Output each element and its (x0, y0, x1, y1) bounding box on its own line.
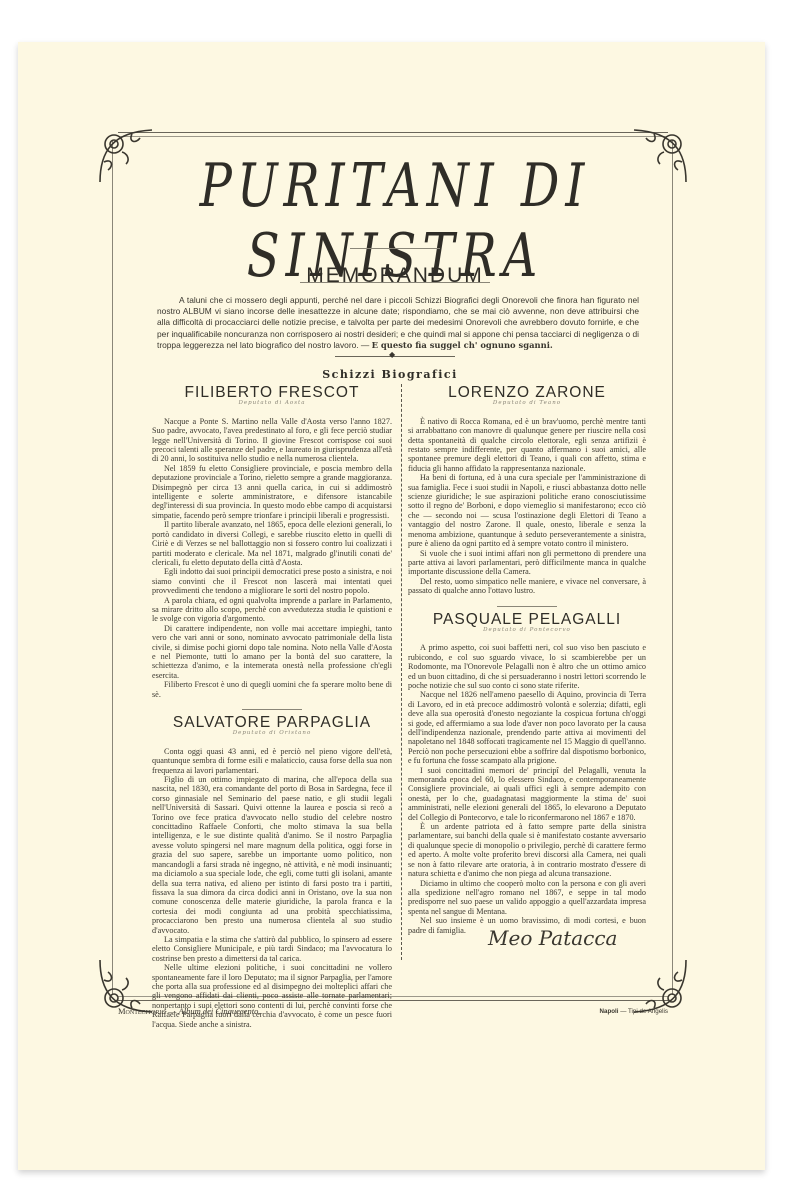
frame-border-top-inner (118, 136, 668, 137)
biography-paragraph: Nel 1859 fu eletto Consigliere provincia… (152, 464, 392, 520)
section-title: Schizzi Biografici (270, 368, 510, 381)
memorandum-text: A taluni che ci mossero degli appunti, p… (157, 295, 639, 351)
biography-paragraph: Si vuole che i suoi intimi affari non gl… (408, 549, 646, 577)
biography-paragraph: Figlio di un ottimo impiegato di marina,… (152, 775, 392, 935)
biography-paragraph: Nacque nel 1826 nell'ameno paesello di A… (408, 690, 646, 765)
frame-border-left (112, 140, 113, 995)
biography-paragraph: Nacque a Ponte S. Martino nella Valle d'… (152, 417, 392, 464)
floral-corner-icon (624, 122, 694, 192)
author-signature: Meo Patacca (488, 926, 617, 950)
biography-name: PASQUALE PELAGALLI (408, 615, 646, 624)
biography-paragraph: La simpatia e la stima che s'attirò dal … (152, 935, 392, 963)
footer-place: Montecitorio (118, 1006, 166, 1016)
biography-paragraph: Ha beni di fortuna, ed à una cura specia… (408, 473, 646, 548)
floral-corner-icon (92, 122, 162, 192)
biography-name: LORENZO ZARONE (408, 388, 646, 397)
ornamental-divider-icon (335, 356, 455, 357)
biography-constituency: Deputato di Teano (408, 399, 646, 408)
footer-printer-city: Napoli (600, 1008, 619, 1015)
footer-printer: Napoli — Tipi de Angelis (600, 1008, 668, 1015)
biography-paragraph: I suoi concittadini memori de' principî … (408, 766, 646, 822)
biography-paragraph: È un ardente patriota ed à fatto sempre … (408, 822, 646, 878)
biography-frescot: FILIBERTO FRESCOT Deputato di Aosta Nacq… (152, 388, 392, 699)
biography-name: SALVATORE PARPAGLIA (152, 718, 392, 727)
biography-name: FILIBERTO FRESCOT (152, 388, 392, 397)
biography-paragraph: Del resto, uomo simpatico nelle maniere,… (408, 577, 646, 596)
biography-paragraph: È nativo di Rocca Romana, ed è un brav'u… (408, 417, 646, 473)
biography-parpaglia: SALVATORE PARPAGLIA Deputato di Oristano… (152, 718, 392, 1029)
frame-border-top (118, 132, 668, 133)
biography-separator (242, 709, 302, 710)
footer-printer-name: — Tipi de Angelis (618, 1008, 668, 1015)
column-divider (401, 384, 402, 960)
left-column: FILIBERTO FRESCOT Deputato di Aosta Nacq… (152, 384, 392, 1029)
footer-album-title: Album dei Cinquecento. (179, 1006, 261, 1016)
biography-paragraph: Diciamo in ultimo che cooperò molto con … (408, 879, 646, 917)
biography-zarone: LORENZO ZARONE Deputato di Teano È nativ… (408, 388, 646, 596)
memorandum-heading: MEMORANDUM (250, 264, 540, 288)
footer-publication: Montecitorio — Album dei Cinquecento. (118, 1006, 260, 1016)
biography-paragraph: A parola chiara, ed ogni qualvolta impre… (152, 596, 392, 624)
ornamental-divider-icon (350, 248, 440, 249)
biography-paragraph: Il partito liberale avanzato, nel 1865, … (152, 520, 392, 567)
memorandum-motto: E questo fia suggel ch' ognuno sganni. (372, 340, 553, 350)
right-column: LORENZO ZARONE Deputato di Teano È nativ… (408, 384, 646, 935)
biography-paragraph: Di carattere indipendente, non volle mai… (152, 624, 392, 680)
biography-paragraph: Egli indotto dai suoi principii democrat… (152, 567, 392, 595)
biography-separator (497, 606, 557, 607)
biography-paragraph: Conta oggi quasi 43 anni, ed è perciò ne… (152, 747, 392, 775)
frame-border-right (672, 140, 673, 995)
biography-paragraph: A primo aspetto, coi suoi baffetti neri,… (408, 643, 646, 690)
footer-dash: — (166, 1006, 179, 1016)
biography-paragraph: Nelle ultime elezioni politiche, i suoi … (152, 963, 392, 1029)
biography-paragraph: Filiberto Frescot è uno di quegli uomini… (152, 680, 392, 699)
heading-underline (300, 282, 490, 283)
biography-pelagalli: PASQUALE PELAGALLI Deputato di Pontecorv… (408, 615, 646, 935)
